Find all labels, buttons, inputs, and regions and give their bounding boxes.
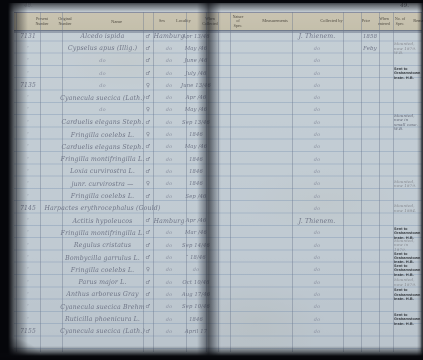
cell-date: Aug 17/46 [186, 289, 206, 301]
register-row: ″Fringilla coelebs L.♂doSep /46do [0, 190, 423, 202]
cell-sex: ♂ [143, 92, 153, 104]
cell-remarks: Mounted, now 1879. [394, 178, 421, 190]
cell-num: 7145 [17, 203, 39, 215]
register-row: ″junr. curvirostra —♀do1846doMounted, no… [0, 178, 423, 190]
cell-coll: do [292, 326, 342, 338]
cell-num: ″ [17, 141, 39, 153]
cell-loc: do [153, 92, 185, 104]
cell-loc: do [153, 104, 185, 116]
cell-name: Anthus arboreus Gray [63, 289, 142, 301]
cell-loc: do [153, 289, 185, 301]
cell-name: Fringilla coelebs L. [63, 129, 142, 141]
cell-date: 1846 [186, 313, 206, 325]
cell-date: June /46 [186, 55, 206, 67]
cell-coll: J. Thienem. [292, 31, 342, 43]
register-row: ″do♀doMay /46do [0, 104, 423, 116]
cell-coll: do [292, 301, 342, 313]
column-header-original-number: Original Number [54, 13, 76, 30]
cell-num: ″ [17, 117, 39, 129]
cell-date: Sep 10/46 [186, 301, 206, 313]
cell-loc: do [153, 190, 185, 202]
cell-coll: do [292, 264, 342, 276]
cell-remarks: Mounted, now in 1879. [394, 240, 421, 252]
cell-sex: ♂ [143, 154, 153, 166]
cell-coll: do [292, 252, 342, 264]
cell-name: Ruticilla phoenicura L. [63, 313, 142, 325]
cell-name: Fringilla coelebs L. [63, 190, 142, 202]
register-row: ″Carduelis elegans Steph.♂doMay /46do [0, 141, 423, 153]
cell-name: Regulus cristatus [63, 240, 142, 252]
register-row: ″Carduelis elegans Steph.♂doSep 13/46doM… [0, 117, 423, 129]
cell-coll: do [292, 203, 342, 215]
cell-name: do [63, 80, 142, 92]
cell-date: May /46 [186, 104, 206, 116]
cell-remarks: Sent to Grahamstown Instn. H.B. [394, 264, 421, 276]
cell-date: Apr /46 [186, 92, 206, 104]
cell-loc: do [153, 252, 185, 264]
cell-loc: do [153, 129, 185, 141]
cell-sex: ♀ [143, 264, 153, 276]
cell-loc: do [153, 43, 185, 55]
cell-coll: do [292, 129, 342, 141]
cell-remarks: Sent to Grahamstown Instn. H.B. [394, 252, 421, 264]
cell-loc: do [153, 227, 185, 239]
cell-loc: do [153, 301, 185, 313]
cell-name: do [63, 55, 142, 67]
cell-name: Loxia curvirostra L. [63, 166, 142, 178]
cell-num: 7155 [17, 326, 39, 338]
register-row: ″Cyanecula suecica (Lath.)♂doApr /46do [0, 92, 423, 104]
cell-coll: do [292, 277, 342, 289]
cell-loc: do [153, 264, 185, 276]
cell-num: ″ [17, 129, 39, 141]
cell-loc: do [153, 166, 185, 178]
cell-loc: do [153, 154, 185, 166]
cell-coll: do [292, 104, 342, 116]
cell-coll: do [292, 55, 342, 67]
register-row: ″Anthus arboreus Gray♂doAug 17/46doSent … [0, 289, 423, 301]
register-row: ″Ruticilla phoenicura L.do1846doSent to … [0, 313, 423, 325]
column-header-no-of-specimens: No. of Spec. [393, 13, 407, 30]
cell-sex: ♂ [143, 277, 153, 289]
register-row: ″Fringilla coelebs L.♀dododoSent to Grah… [0, 264, 423, 276]
cell-loc: Hamburg [153, 31, 185, 43]
cell-sex: ♀ [143, 178, 153, 190]
cell-loc: do [153, 240, 185, 252]
cell-coll: do [292, 92, 342, 104]
page-number-left: 48. [24, 3, 33, 9]
cell-name: Fringilla coelebs L. [63, 264, 142, 276]
cell-name: do [63, 104, 142, 116]
cell-date: do [186, 264, 206, 276]
cell-num: ″ [17, 43, 39, 55]
cell-date: May /46 [186, 141, 206, 153]
page-number-right: 49. [400, 3, 409, 9]
cell-coll: J. Thienem. [292, 215, 342, 227]
cell-coll: do [292, 190, 342, 202]
column-header-measurements: Measurements [244, 13, 306, 30]
cell-num: ″ [17, 104, 39, 116]
cell-num: ″ [17, 227, 39, 239]
cell-num: ″ [17, 67, 39, 79]
register-row: 7145Harpactes erythrocephalus (Gould)doM… [0, 203, 423, 215]
cell-coll: do [292, 178, 342, 190]
register-row: ″do♂doJune /46do [0, 55, 423, 67]
cell-date: Apr /46 [186, 215, 206, 227]
ledger-photo: 48. 49. Present Number Original Number N… [0, 0, 423, 360]
cell-num: ″ [17, 178, 39, 190]
cell-loc: do [153, 277, 185, 289]
cell-sex: ♂ [143, 240, 153, 252]
cell-num: ″ [17, 154, 39, 166]
register-row: ″Cypselus apus (Illig.)♂doMay /46doFebyM… [0, 43, 423, 55]
cell-loc: do [153, 117, 185, 129]
cell-remarks: Sent to Grahamstown Instn. H.B. [394, 313, 421, 325]
register-row: ″Actitis hypoleucos♂HamburgApr /46J. Thi… [0, 215, 423, 227]
cell-name: Cyanecula suecica (Lath.) [63, 326, 142, 338]
register-row: 7131Alcedo ispida♂HamburgApr 13/46J. Thi… [0, 31, 423, 43]
cell-sex: ♂ [143, 31, 153, 43]
cell-num: ″ [17, 252, 39, 264]
register-row: ″Loxia curvirostra L.♂do1846do [0, 166, 423, 178]
cell-sex: ♂ [143, 326, 153, 338]
cell-sex: ♂ [143, 67, 153, 79]
cell-entered: 1858 [361, 31, 379, 43]
register-row: ″Parus major L.♂doOct 10/46doMounted, no… [0, 277, 423, 289]
column-header-name: Name [76, 13, 157, 30]
cell-num: 7131 [17, 31, 39, 43]
cell-loc: do [153, 326, 185, 338]
cell-sex: ♂ [143, 289, 153, 301]
register-row: ″Fringilla montifringilla L.♂doMar /46do… [0, 227, 423, 239]
cell-name: Alcedo ispida [63, 31, 142, 43]
cell-sex: ♂ [143, 141, 153, 153]
cell-sex: ♀ [143, 104, 153, 116]
cell-coll: do [292, 80, 342, 92]
cell-loc: Hamburg [153, 215, 185, 227]
cell-name: Fringilla montifringilla L. [63, 227, 142, 239]
cell-name: Cyanecula suecica (Lath.) [63, 92, 142, 104]
cell-name: Harpactes erythrocephalus (Gould) [63, 203, 142, 215]
cell-remarks: Mounted, now 1879. W.B. [394, 43, 421, 55]
cell-name: Bombycilla garrulus L. [63, 252, 142, 264]
cell-name: Cypselus apus (Illig.) [63, 43, 142, 55]
cell-name: Cyanecula suecica Brehm [63, 301, 142, 313]
cell-date: Apr 13/46 [186, 31, 206, 43]
cell-date: 1846 [186, 129, 206, 141]
cell-sex: ♂ [143, 117, 153, 129]
cell-loc: do [153, 178, 185, 190]
cell-loc: do [153, 55, 185, 67]
cell-sex: ♂ [143, 43, 153, 55]
cell-sex: ♂ [143, 215, 153, 227]
register-row: ″Bombycilla garrulus L.♂do″ 18/46doSent … [0, 252, 423, 264]
cell-name: Carduelis elegans Steph. [63, 141, 142, 153]
cell-coll: do [292, 313, 342, 325]
cell-sex: ♂ [143, 190, 153, 202]
register-row: 7155Cyanecula suecica (Lath.)♂doApril 17… [0, 326, 423, 338]
cell-sex: ♂ [143, 252, 153, 264]
cell-date: Mar /46 [186, 227, 206, 239]
cell-remarks: Sent to Grahamstown Instn. H.B. [394, 289, 421, 301]
cell-coll: do [292, 166, 342, 178]
cell-num: ″ [17, 92, 39, 104]
register-row: ″Fringilla coelebs L.♀do1846do [0, 129, 423, 141]
cell-date: Sep /46 [186, 190, 206, 202]
cell-date: April 17 [186, 326, 206, 338]
cell-name: Carduelis elegans Steph. [63, 117, 142, 129]
cell-sex: ♂ [143, 166, 153, 178]
cell-date: Sep 14/46 [186, 240, 206, 252]
cell-num: ″ [17, 55, 39, 67]
cell-remarks: Mounted, now 1884. [394, 203, 421, 215]
cell-name: Fringilla montifringilla L. [63, 154, 142, 166]
cell-num: ″ [17, 301, 39, 313]
register-row: 7135do♀doJune 13/46do [0, 80, 423, 92]
cell-date: July /46 [186, 67, 206, 79]
cell-loc: do [153, 313, 185, 325]
column-header-when-entered: When entered [375, 13, 393, 30]
cell-date: ″ 18/46 [186, 252, 206, 264]
cell-coll: do [292, 43, 342, 55]
cell-num: ″ [17, 277, 39, 289]
cell-sex: ♂ [143, 55, 153, 67]
column-header-sex: Sex [157, 13, 167, 30]
cell-date: Oct 10/46 [186, 277, 206, 289]
cell-date: June 13/46 [186, 80, 206, 92]
cell-sex: ♂ [143, 301, 153, 313]
cell-num: ″ [17, 190, 39, 202]
cell-num: ″ [17, 313, 39, 325]
register-row: ″Regulus cristatus♂doSep 14/46doMounted,… [0, 240, 423, 252]
cell-remarks: Mounted, now 1879. [394, 277, 421, 289]
cell-name: Actitis hypoleucos [63, 215, 142, 227]
column-header-locality: Locality [167, 13, 200, 30]
cell-name: do [63, 67, 142, 79]
cell-coll: do [292, 289, 342, 301]
cell-entered: Feby [361, 43, 379, 55]
cell-date: Sep 13/46 [186, 117, 206, 129]
register-row: ″Fringilla montifringilla L.♂do1846do [0, 154, 423, 166]
column-header-collected-by: Collected by [306, 13, 357, 30]
cell-coll: do [292, 227, 342, 239]
cell-remarks: Sent to Grahamstown Instn. H.B. [394, 67, 421, 79]
cell-num: ″ [17, 215, 39, 227]
cell-remarks: Mounted, now in small case. W.B. [394, 117, 421, 129]
cell-coll: do [292, 240, 342, 252]
cell-num: ″ [17, 289, 39, 301]
cell-coll: do [292, 117, 342, 129]
cell-loc: do [153, 141, 185, 153]
cell-coll: do [292, 67, 342, 79]
cell-coll: do [292, 141, 342, 153]
column-header-nature-of-specimen: Nature of Spec. [232, 13, 244, 30]
cell-name: junr. curvirostra — [63, 178, 142, 190]
cell-num: ″ [17, 240, 39, 252]
column-header-when-collected: When Collected [200, 13, 220, 30]
cell-name: Parus major L. [63, 277, 142, 289]
cell-num: 7135 [17, 80, 39, 92]
register-row: ″Cyanecula suecica Brehm♂doSep 10/46do [0, 301, 423, 313]
column-header-price: Price [357, 13, 375, 30]
cell-date: 1846 [186, 178, 206, 190]
cell-sex: ♀ [143, 80, 153, 92]
cell-date: 1846 [186, 154, 206, 166]
column-header-present-number: Present Number [30, 13, 54, 30]
cell-coll: do [292, 154, 342, 166]
cell-date: May /46 [186, 43, 206, 55]
cell-num: ″ [17, 166, 39, 178]
cell-sex: ♀ [143, 129, 153, 141]
register-row: ″do♂doJuly /46doSent to Grahamstown Inst… [0, 67, 423, 79]
cell-loc: do [153, 67, 185, 79]
cell-num: ″ [17, 264, 39, 276]
cell-sex: ♂ [143, 227, 153, 239]
cell-date: 1846 [186, 166, 206, 178]
